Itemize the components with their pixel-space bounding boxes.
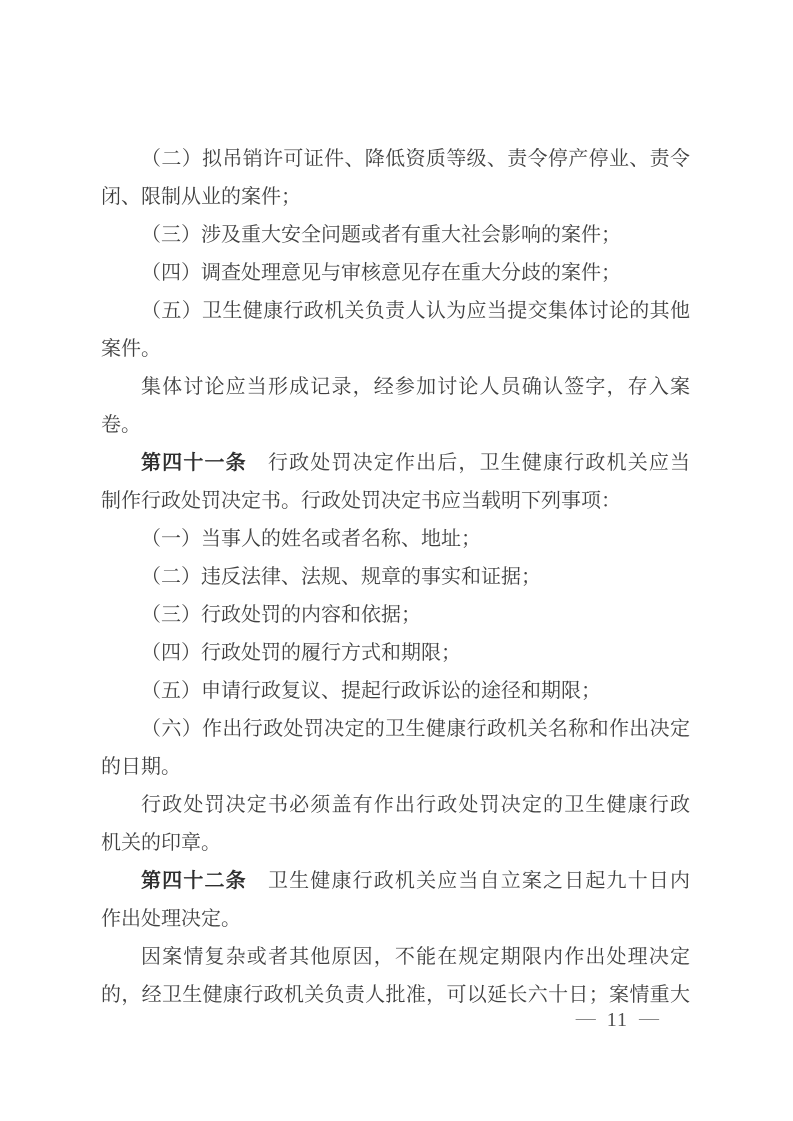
text-line: 第四十二条 卫生健康行政机关应当自立案之日起九十日内 bbox=[101, 862, 690, 900]
text-segment: （三）涉及重大安全问题或者有重大社会影响的案件； bbox=[141, 224, 621, 246]
scanned-document-page: （二）拟吊销许可证件、降低资质等级、责令停产停业、责令关闭、限制从业的案件；（三… bbox=[0, 0, 793, 1121]
page-number-left-dash: — bbox=[576, 1002, 596, 1034]
text-segment: （六）作出行政处罚决定的卫生健康行政机关名称和作出决定 bbox=[141, 718, 690, 740]
text-segment: 案件。 bbox=[101, 338, 161, 360]
text-segment: （四）行政处罚的履行方式和期限； bbox=[141, 642, 461, 664]
text-line: （三）涉及重大安全问题或者有重大社会影响的案件； bbox=[101, 216, 690, 254]
text-line: （五）卫生健康行政机关负责人认为应当提交集体讨论的其他 bbox=[101, 292, 690, 330]
text-segment: （四）调查处理意见与审核意见存在重大分歧的案件； bbox=[141, 262, 621, 284]
text-segment: 闭、限制从业的案件； bbox=[101, 186, 301, 208]
text-segment: 集体讨论应当形成记录，经参加讨论人员确认签字，存入案 bbox=[141, 376, 690, 398]
text-line: 第四十一条 行政处罚决定作出后，卫生健康行政机关应当 bbox=[101, 444, 690, 482]
text-segment: 作出处理决定。 bbox=[101, 908, 241, 930]
page-number-right-dash: — bbox=[639, 1002, 659, 1034]
text-line: （四）调查处理意见与审核意见存在重大分歧的案件； bbox=[101, 254, 690, 292]
text-line: 案件。 bbox=[101, 330, 690, 368]
text-line: （二）拟吊销许可证件、降低资质等级、责令停产停业、责令关 bbox=[101, 140, 690, 178]
text-segment: （五）卫生健康行政机关负责人认为应当提交集体讨论的其他 bbox=[141, 300, 690, 322]
text-segment: 行政处罚决定作出后，卫生健康行政机关应当 bbox=[247, 452, 690, 474]
text-segment: 卷。 bbox=[101, 414, 141, 436]
text-segment: 机关的印章。 bbox=[101, 832, 221, 854]
text-line: 行政处罚决定书必须盖有作出行政处罚决定的卫生健康行政 bbox=[101, 786, 690, 824]
text-segment: （二）违反法律、法规、规章的事实和证据； bbox=[141, 566, 541, 588]
page-footer: —11— bbox=[565, 1004, 670, 1036]
text-line: 因案情复杂或者其他原因，不能在规定期限内作出处理决定 bbox=[101, 938, 690, 976]
text-line: 的日期。 bbox=[101, 748, 690, 786]
text-segment: 因案情复杂或者其他原因，不能在规定期限内作出处理决定 bbox=[141, 946, 690, 968]
page-number: 11 bbox=[607, 1009, 628, 1031]
text-segment: 的日期。 bbox=[101, 756, 181, 778]
text-segment: （一）当事人的姓名或者名称、地址； bbox=[141, 528, 481, 550]
text-line: 卷。 bbox=[101, 406, 690, 444]
article-number: 第四十一条 bbox=[141, 452, 247, 474]
text-segment: 行政处罚决定书必须盖有作出行政处罚决定的卫生健康行政 bbox=[141, 794, 690, 816]
text-line: （五）申请行政复议、提起行政诉讼的途径和期限； bbox=[101, 672, 690, 710]
text-line: 集体讨论应当形成记录，经参加讨论人员确认签字，存入案 bbox=[101, 368, 690, 406]
document-text: （二）拟吊销许可证件、降低资质等级、责令停产停业、责令关闭、限制从业的案件；（三… bbox=[101, 140, 690, 1014]
article-number: 第四十二条 bbox=[141, 870, 247, 892]
text-line: 闭、限制从业的案件； bbox=[101, 178, 690, 216]
text-line: （三）行政处罚的内容和依据； bbox=[101, 596, 690, 634]
text-segment: 制作行政处罚决定书。行政处罚决定书应当载明下列事项： bbox=[101, 490, 621, 512]
text-line: （四）行政处罚的履行方式和期限； bbox=[101, 634, 690, 672]
text-segment: （三）行政处罚的内容和依据； bbox=[141, 604, 421, 626]
text-segment: 的，经卫生健康行政机关负责人批准，可以延长六十日；案情重大 bbox=[101, 984, 690, 1006]
text-line: （二）违反法律、法规、规章的事实和证据； bbox=[101, 558, 690, 596]
text-line: 机关的印章。 bbox=[101, 824, 690, 862]
text-segment: 卫生健康行政机关应当自立案之日起九十日内 bbox=[247, 870, 690, 892]
text-segment: （二）拟吊销许可证件、降低资质等级、责令停产停业、责令关 bbox=[101, 148, 690, 178]
text-segment: （五）申请行政复议、提起行政诉讼的途径和期限； bbox=[141, 680, 601, 702]
text-line: （六）作出行政处罚决定的卫生健康行政机关名称和作出决定 bbox=[101, 710, 690, 748]
text-line: 制作行政处罚决定书。行政处罚决定书应当载明下列事项： bbox=[101, 482, 690, 520]
text-line: 作出处理决定。 bbox=[101, 900, 690, 938]
text-line: （一）当事人的姓名或者名称、地址； bbox=[101, 520, 690, 558]
